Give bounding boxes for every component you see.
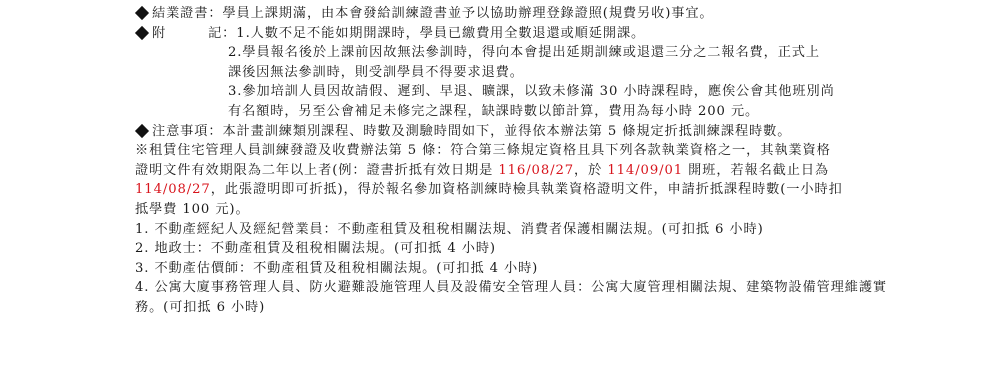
offset-text: 3. 不動產估價師：不動產租賃及租稅相關法規。(可扣抵 4 小時) [135,261,538,276]
note-item-num: 3. [228,84,242,99]
regulation-line-3: 114/08/27，此張證明即可折抵)，得於報名參加資格訓練時檢具執業資格證明文… [135,180,875,200]
certificate-label: 結業證書： [152,6,222,21]
document-body: 結業證書：學員上課期滿，由本會發給訓練證書並予以協助辦理登錄證照(規費另收)事宜… [135,4,875,318]
note-item-text: 課後因無法參訓時，則受訓學員不得要求退費。 [228,65,524,80]
diamond-bullet-icon [135,123,149,137]
note-item-text: 參加培訓人員因故請假、遲到、早退、曠課，以致未修滿 30 小時課程時，應俟公會其… [242,84,834,99]
note-item-text: 學員報名後於上課前因故無法參訓時，得向本會提出延期訓練或退還三分之二報名費，正式… [242,45,820,60]
offset-item-4-cont: 務。(可扣抵 6 小時) [135,298,875,318]
regulation-line-4: 抵學費 100 元)。 [135,200,875,220]
notes-label-b: 記： [208,26,236,41]
regulation-text: 證明文件有效期限為二年以上者(例：證書折抵有效日期是 [135,163,498,178]
offset-item-3: 3. 不動產估價師：不動產租賃及租稅相關法規。(可扣抵 4 小時) [135,259,875,279]
notes-line-1: 附記：1.人數不足不能如期開課時，學員已繳費用全數退還或順延開課。 [135,24,875,44]
regulation-line-1: ※租賃住宅管理人員訓練發證及收費辦法第 5 條：符合第三條規定資格且具下列各款執… [135,141,875,161]
certificate-line: 結業證書：學員上課期滿，由本會發給訓練證書並予以協助辦理登錄證照(規費另收)事宜… [135,4,875,24]
notes-line-4: 3.參加培訓人員因故請假、遲到、早退、曠課，以致未修滿 30 小時課程時，應俟公… [135,82,875,102]
notes-label-a: 附 [152,26,166,41]
diamond-bullet-icon [135,26,149,40]
notes-line-5: 有名額時，另至公會補足未修完之課程，缺課時數以節計算，費用為每小時 200 元。 [135,102,875,122]
offset-item-1: 1. 不動產經紀人及經紀營業員：不動產租賃及租稅相關法規、消費者保護相關法規。(… [135,220,875,240]
certificate-text: 學員上課期滿，由本會發給訓練證書並予以協助辦理登錄證照(規費另收)事宜。 [222,6,713,21]
offset-text: 2. 地政士：不動產租賃及租稅相關法規。(可扣抵 4 小時) [135,241,496,256]
note-item-num: 1. [236,26,250,41]
attention-text: 本計畫訓練類別課程、時數及測驗時間如下，並得依本辦法第 5 條規定折抵訓練課程時… [222,124,791,139]
offset-text: 4. 公寓大廈事務管理人員、防火避難設施管理人員及設備安全管理人員：公寓大廈管理… [135,280,887,295]
offset-item-4: 4. 公寓大廈事務管理人員、防火避難設施管理人員及設備安全管理人員：公寓大廈管理… [135,278,875,298]
attention-label: 注意事項： [152,124,222,139]
regulation-line-2: 證明文件有效期限為二年以上者(例：證書折抵有效日期是 116/08/27，於 1… [135,161,875,181]
diamond-bullet-icon [135,6,149,20]
attention-line: 注意事項：本計畫訓練類別課程、時數及測驗時間如下，並得依本辦法第 5 條規定折抵… [135,122,875,142]
note-item-num: 2. [228,45,242,60]
notes-line-2: 2.學員報名後於上課前因故無法參訓時，得向本會提出延期訓練或退還三分之二報名費，… [135,43,875,63]
regulation-text: ※租賃住宅管理人員訓練發證及收費辦法第 5 條：符合第三條規定資格且具下列各款執… [135,143,831,158]
note-item-text: 人數不足不能如期開課時，學員已繳費用全數退還或順延開課。 [251,26,645,41]
class-start-date: 114/09/01 [607,163,683,178]
regulation-text: ，於 [574,163,607,178]
deadline-date: 114/08/27 [135,182,211,197]
note-item-text: 有名額時，另至公會補足未修完之課程，缺課時數以節計算，費用為每小時 200 元。 [228,104,759,119]
offset-text: 1. 不動產經紀人及經紀營業員：不動產租賃及租稅相關法規、消費者保護相關法規。(… [135,222,764,237]
regulation-text: 開班，若報名截止日為 [683,163,829,178]
regulation-text: ，此張證明即可折抵)，得於報名參加資格訓練時檢具執業資格證明文件，申請折抵課程時… [211,182,843,197]
regulation-text: 抵學費 100 元)。 [135,202,250,217]
offset-text: 務。(可扣抵 6 小時) [135,300,265,315]
notes-line-3: 課後因無法參訓時，則受訓學員不得要求退費。 [135,63,875,83]
offset-item-2: 2. 地政士：不動產租賃及租稅相關法規。(可扣抵 4 小時) [135,239,875,259]
expiry-date: 116/08/27 [498,163,574,178]
